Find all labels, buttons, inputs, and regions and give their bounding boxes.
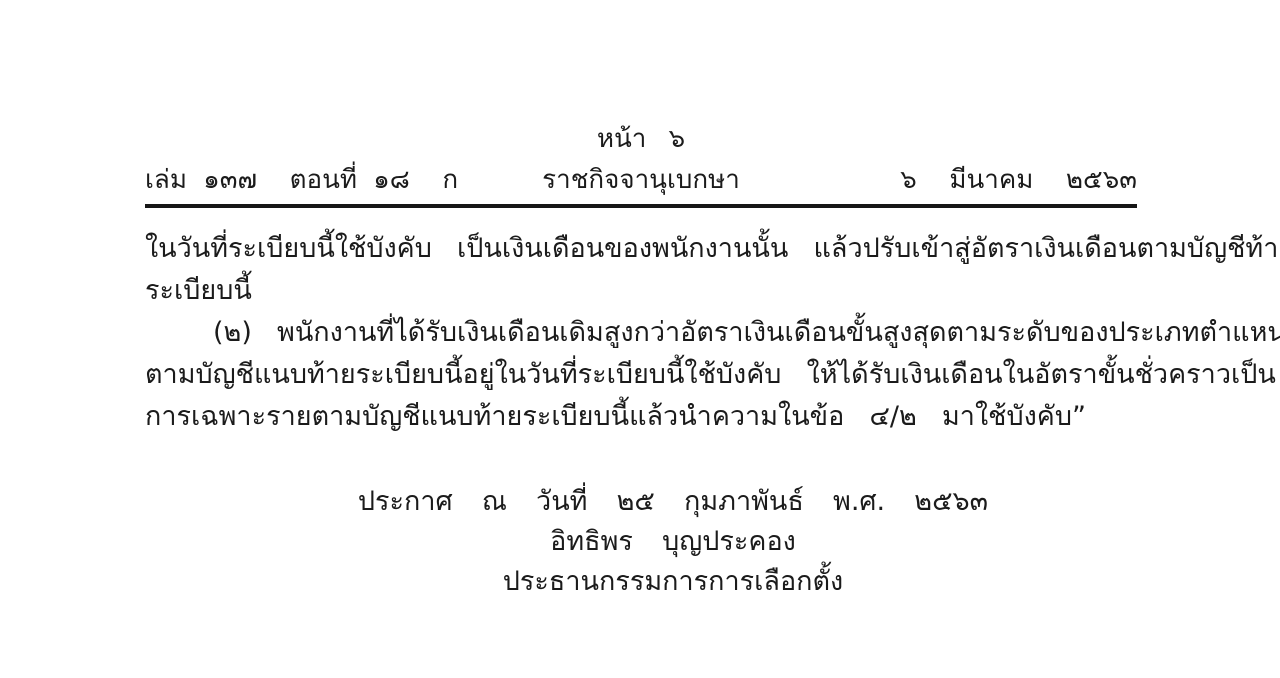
paragraph1-line-1: ในวันที่ระเบียบนี้ใช้บังคับ เป็นเงินเดือ… [145,228,1155,270]
paragraph2-line-1: (๒) พนักงานที่ได้รับเงินเดือนเดิมสูงกว่า… [145,312,1155,354]
announcement-date-line: ประกาศ ณ วันที่ ๒๕ กุมภาพันธ์ พ.ศ. ๒๕๖๓ [177,482,1169,522]
page-number: หน้า ๖ [145,121,1137,157]
signatory-name: อิทธิพร บุญประคอง [177,522,1169,562]
gazette-page: หน้า ๖ เล่ม ๑๓๗ ตอนที่ ๑๘ ก ราชกิจจานุเบ… [0,0,1280,678]
paragraph1-line-2: ระเบียบนี้ [145,270,1155,312]
paragraph2-line-3: การเฉพาะรายตามบัญชีแนบท้ายระเบียบนี้แล้ว… [145,396,1155,438]
header-row: เล่ม ๑๓๗ ตอนที่ ๑๘ ก ราชกิจจานุเบกษา ๖ ม… [145,161,1137,199]
signature-block: ประกาศ ณ วันที่ ๒๕ กุมภาพันธ์ พ.ศ. ๒๕๖๓ … [177,482,1169,602]
document-body: ในวันที่ระเบียบนี้ใช้บังคับ เป็นเงินเดือ… [145,228,1155,438]
header-divider-rule [145,204,1137,208]
signatory-title: ประธานกรรมการการเลือกตั้ง [177,562,1169,602]
paragraph2-line-2: ตามบัญชีแนบท้ายระเบียบนี้อยู่ในวันที่ระเ… [145,354,1155,396]
gazette-title: ราชกิจจานุเบกษา [145,161,1137,199]
